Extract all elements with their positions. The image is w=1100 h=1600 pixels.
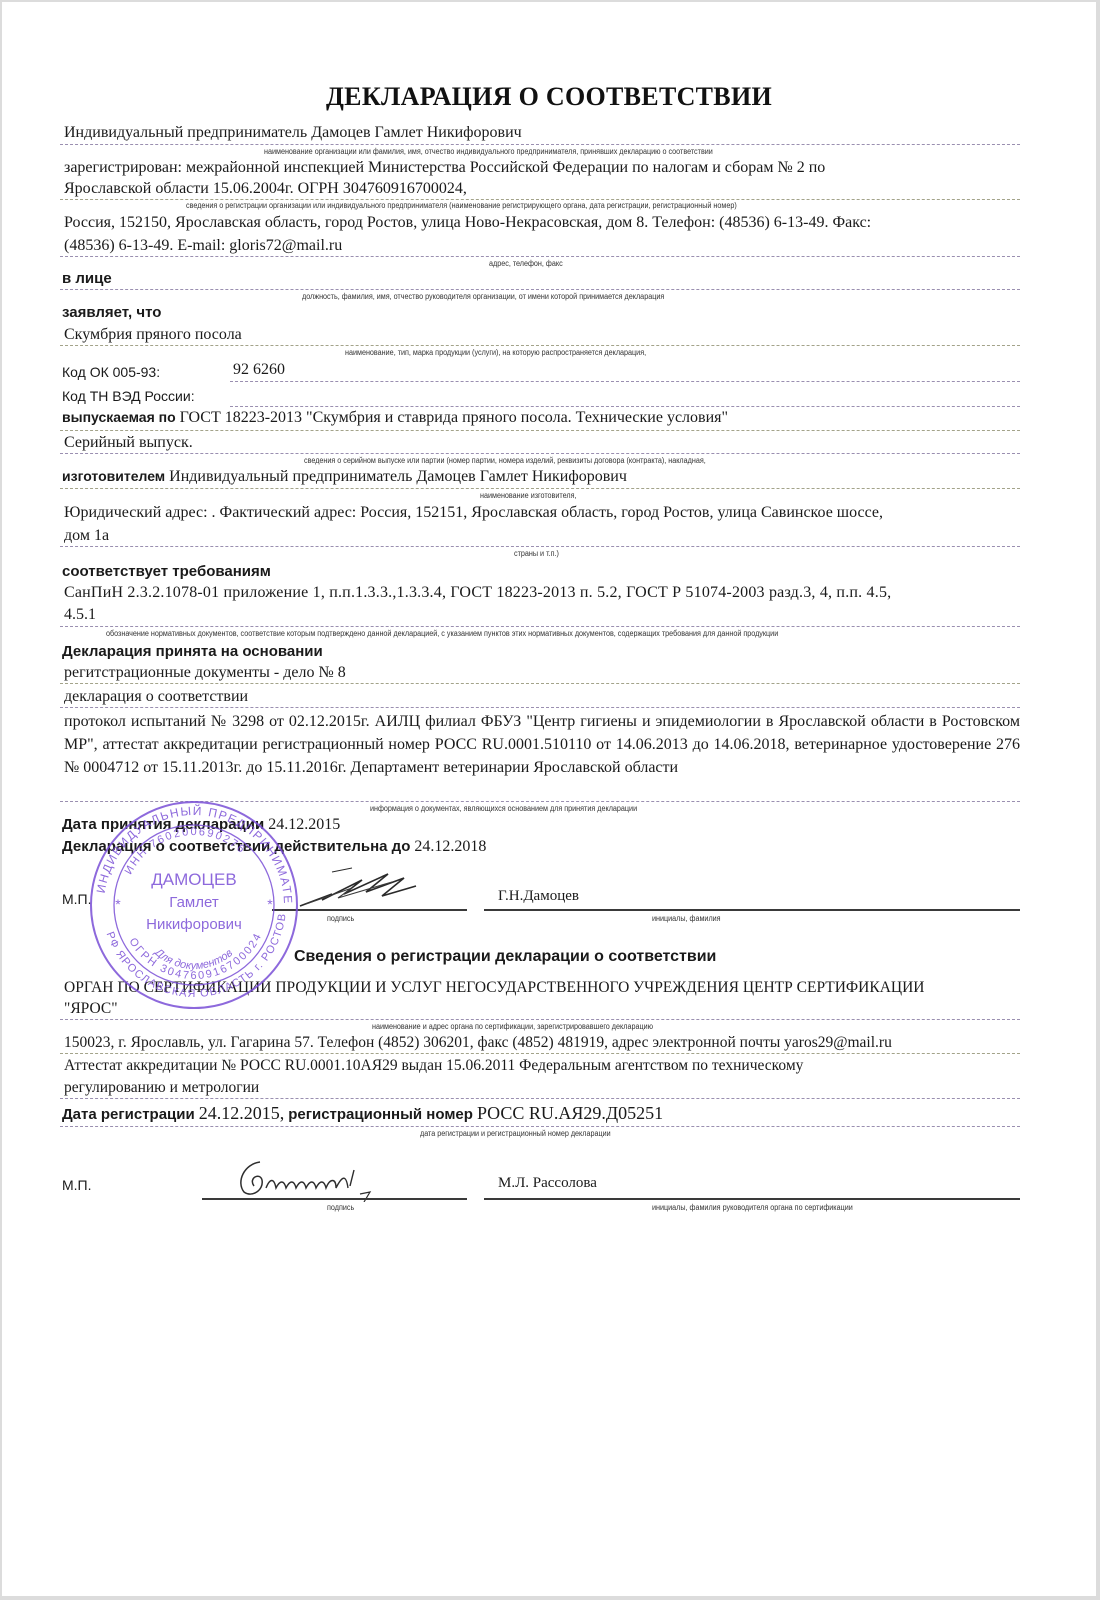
reg-number-value: РОСС RU.АЯ29.Д05251 xyxy=(477,1103,663,1123)
divider xyxy=(60,1019,1020,1020)
divider xyxy=(60,144,1020,145)
declaration-page: ДЕКЛАРАЦИЯ О СООТВЕТСТВИИ Индивидуальный… xyxy=(2,2,1096,1596)
manufacturer-label: изготовителем xyxy=(62,468,165,484)
manufacturer-caption: наименование изготовителя, xyxy=(480,491,576,500)
address-line-1: Россия, 152150, Ярославская область, гор… xyxy=(64,214,871,232)
in-person-label: в лице xyxy=(62,270,112,287)
signature-line-1 xyxy=(272,909,467,911)
name-caption-1: инициалы, фамилия xyxy=(652,914,721,923)
declarant-name: Индивидуальный предприниматель Дамоцев Г… xyxy=(64,124,522,142)
basis-label: Декларация принята на основании xyxy=(62,643,323,660)
signature-line-2 xyxy=(202,1198,467,1200)
manufacturer-address-line-1: Юридический адрес: . Фактический адрес: … xyxy=(64,504,883,522)
svg-text:*: * xyxy=(115,896,121,912)
gost-line: выпускаемая по ГОСТ 18223-2013 "Скумбрия… xyxy=(62,409,728,427)
serial-caption: сведения о серийном выпуске или партии (… xyxy=(304,456,706,465)
divider xyxy=(60,1098,1020,1099)
product-name: Скумбрия пряного посола xyxy=(64,326,242,344)
divider xyxy=(230,406,1020,407)
name-line-2 xyxy=(484,1198,1020,1200)
reg-number-label: регистрационный номер xyxy=(288,1106,473,1123)
registration-heading: Сведения о регистрации декларации о соот… xyxy=(294,948,716,966)
signer-name-1: Г.Н.Дамоцев xyxy=(498,888,579,905)
certification-body-contacts: 150023, г. Ярославль, ул. Гагарина 57. Т… xyxy=(64,1034,892,1052)
serial-value: Серийный выпуск. xyxy=(64,434,193,452)
valid-until-value: 24.12.2018 xyxy=(414,838,486,855)
divider xyxy=(60,707,1020,708)
conforms-line-1: СанПиН 2.3.2.1078-01 приложение 1, п.п.1… xyxy=(64,584,891,602)
conforms-line-2: 4.5.1 xyxy=(64,606,96,624)
address-caption: адрес, телефон, факс xyxy=(489,259,563,268)
svg-text:ДАМОЦЕВ: ДАМОЦЕВ xyxy=(151,870,237,889)
registration-line-2: Ярославской области 15.06.2004г. ОГРН 30… xyxy=(64,180,467,198)
tnved-code-label: Код ТН ВЭД России: xyxy=(62,388,195,404)
manufacturer-address-caption: страны и т.п.) xyxy=(514,549,559,558)
registration-caption: сведения о регистрации организации или и… xyxy=(186,201,737,210)
signature-damotsev xyxy=(292,864,422,914)
signature-caption-2: подпись xyxy=(327,1203,354,1212)
signature-rassolova xyxy=(230,1152,400,1202)
seal-place-label-2: М.П. xyxy=(62,1177,92,1193)
registration-number-caption: дата регистрации и регистрационный номер… xyxy=(420,1129,611,1138)
manufacturer-value: Индивидуальный предприниматель Дамоцев Г… xyxy=(169,468,627,485)
product-caption: наименование, тип, марка продукции (услу… xyxy=(345,348,646,357)
declares-label: заявляет, что xyxy=(62,304,161,321)
svg-text:Никифорович: Никифорович xyxy=(146,916,242,933)
accreditation-line-2: регулированию и метрологии xyxy=(64,1079,259,1097)
conforms-caption: обозначение нормативных документов, соот… xyxy=(106,629,778,638)
divider xyxy=(60,546,1020,547)
declarant-caption: наименование организации или фамилия, им… xyxy=(264,147,713,156)
basis-caption: информация о документах, являющихся осно… xyxy=(370,804,637,813)
manufacturer-line: изготовителем Индивидуальный предпринима… xyxy=(62,468,627,486)
divider xyxy=(60,430,1020,431)
manufacturer-address-line-2: дом 1а xyxy=(64,527,109,545)
divider xyxy=(60,289,1020,290)
divider xyxy=(60,488,1020,489)
reg-date-label: Дата регистрации xyxy=(62,1106,195,1123)
ok-code-value: 92 6260 xyxy=(233,361,285,379)
divider xyxy=(60,453,1020,454)
registration-line-1: зарегистрирован: межрайонной инспекцией … xyxy=(64,159,825,177)
basis-item-1: регитстрационные документы - дело № 8 xyxy=(64,664,346,682)
accreditation-line-1: Аттестат аккредитации № РОСС RU.0001.10А… xyxy=(64,1057,803,1075)
signature-caption-1: подпись xyxy=(327,914,354,923)
conforms-label: соответствует требованиям xyxy=(62,563,271,580)
divider xyxy=(60,345,1020,346)
gost-value: ГОСТ 18223-2013 "Скумбрия и ставрида пря… xyxy=(180,409,728,426)
divider xyxy=(230,381,1020,382)
divider xyxy=(60,1053,1020,1054)
ok-code-label: Код ОК 005-93: xyxy=(62,364,160,380)
svg-text:ИНДИВИДУАЛЬНЫЙ ПРЕДПРИНИМАТЕЛЬ: ИНДИВИДУАЛЬНЫЙ ПРЕДПРИНИМАТЕЛЬ xyxy=(88,799,295,905)
document-title: ДЕКЛАРАЦИЯ О СООТВЕТСТВИИ xyxy=(2,82,1096,112)
basis-item-3: протокол испытаний № 3298 от 02.12.2015г… xyxy=(64,710,1020,779)
certification-body-caption: наименование и адрес органа по сертифика… xyxy=(372,1022,653,1031)
in-person-caption: должность, фамилия, имя, отчество руково… xyxy=(302,292,664,301)
divider xyxy=(60,256,1020,257)
svg-text:Гамлет: Гамлет xyxy=(169,894,219,911)
signer-name-2: М.Л. Рассолова xyxy=(498,1175,597,1192)
registration-number-line: Дата регистрации 24.12.2015, регистрацио… xyxy=(62,1103,663,1124)
name-line-1 xyxy=(484,909,1020,911)
address-line-2: (48536) 6-13-49. E-mail: gloris72@mail.r… xyxy=(64,237,342,255)
round-seal-stamp: ИНДИВИДУАЛЬНЫЙ ПРЕДПРИНИМАТЕЛЬ РФ ЯРОСЛА… xyxy=(88,799,300,1011)
divider xyxy=(60,1126,1020,1127)
gost-label: выпускаемая по xyxy=(62,409,176,425)
svg-text:*: * xyxy=(267,896,273,912)
reg-date-value: 24.12.2015, xyxy=(199,1103,285,1123)
divider xyxy=(60,683,1020,684)
basis-item-2: декларация о соответствии xyxy=(64,688,248,706)
name-caption-2: инициалы, фамилия руководителя органа по… xyxy=(652,1203,853,1212)
divider xyxy=(60,199,1020,200)
divider xyxy=(60,626,1020,627)
